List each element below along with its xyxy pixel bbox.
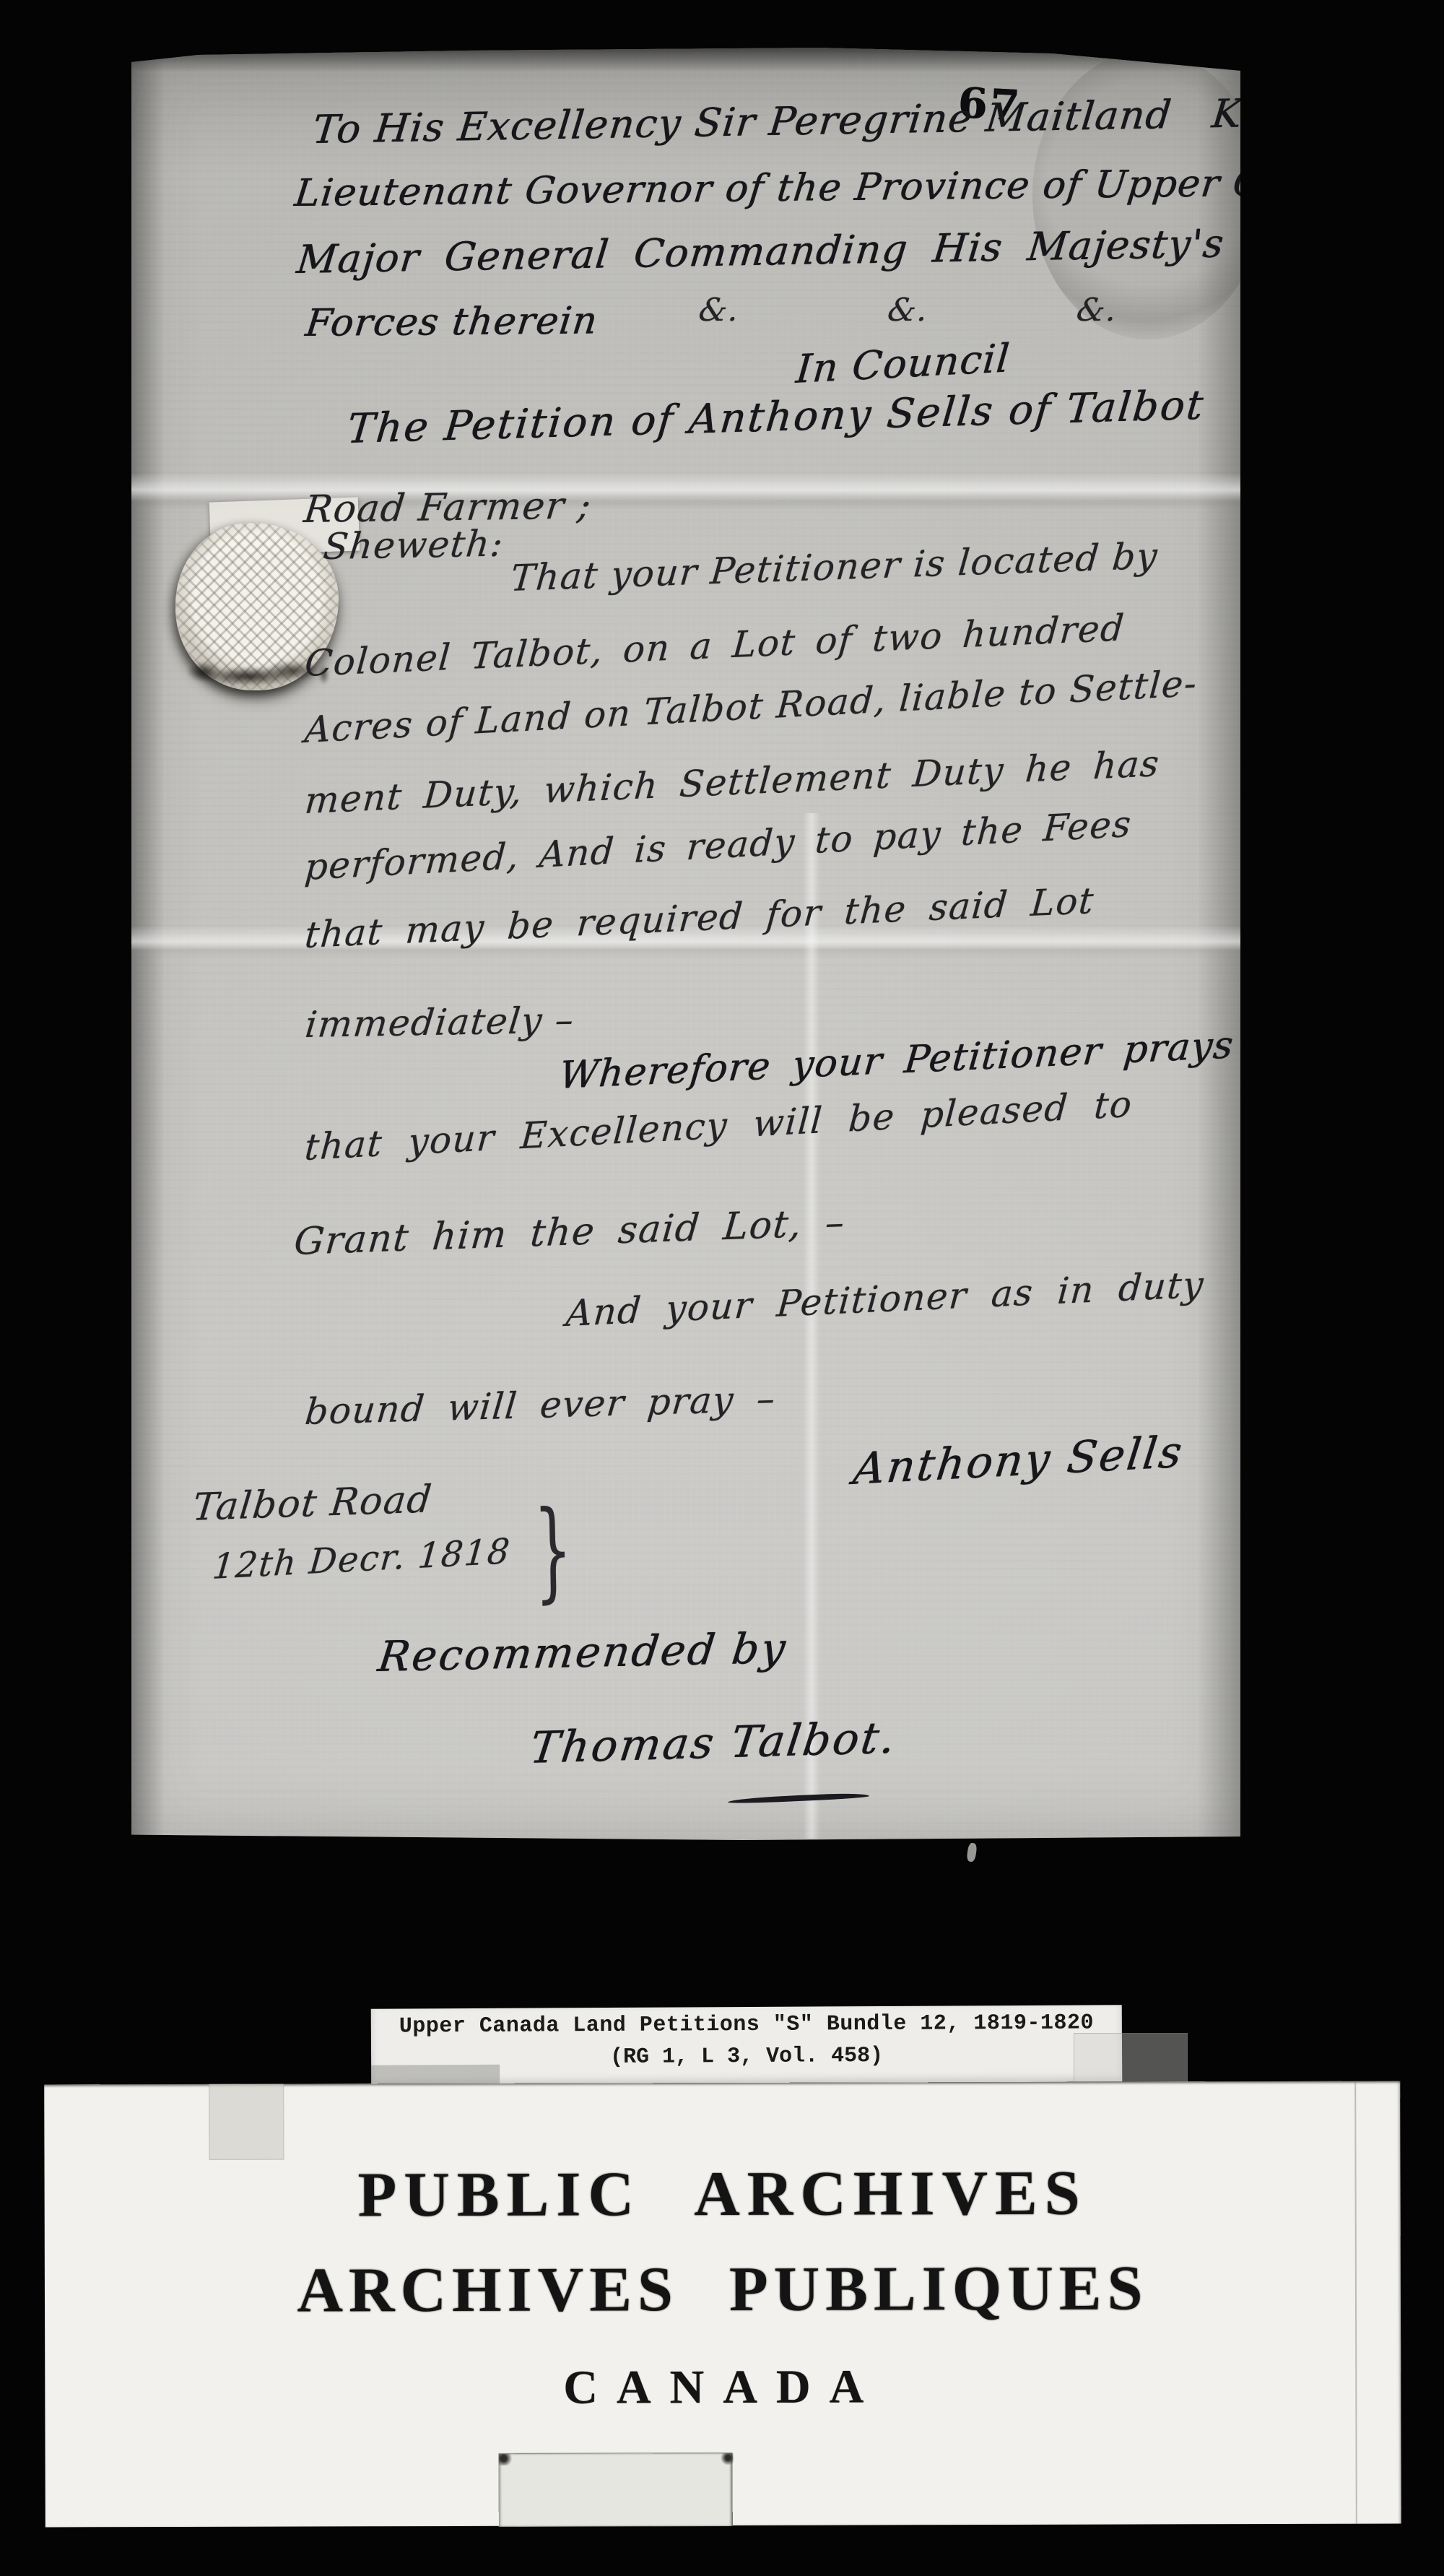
paper-fragment-mark: [966, 1842, 978, 1862]
card-title-english: PUBLIC ARCHIVES: [44, 2156, 1400, 2233]
manuscript-line-address-4: Forces therein: [303, 299, 600, 345]
petition-page: 67 To His Excellency Sir Peregrine Maitl…: [131, 48, 1240, 1840]
label-smudge: [371, 2065, 500, 2086]
manuscript-line: immediately –: [303, 999, 577, 1046]
manuscript-line: that your Excellency will be pleased to: [303, 1083, 1134, 1168]
recommender-signature: Thomas Talbot.: [527, 1713, 900, 1774]
archival-reference-label: Upper Canada Land Petitions "S" Bundle 1…: [371, 2005, 1123, 2085]
manuscript-recommended-by: Recommended by: [375, 1623, 790, 1681]
tape-mark-bottom: [499, 2453, 733, 2527]
signature-underline-flourish: [728, 1792, 869, 1805]
card-title-canada: CANADA: [45, 2359, 1401, 2417]
manuscript-line-sheweth: Sheweth:: [321, 523, 506, 568]
scanned-document-view: 67 To His Excellency Sir Peregrine Maitl…: [0, 0, 1444, 2576]
date-brace-flourish: }: [533, 1487, 574, 1615]
petitioner-signature: Anthony Sells: [851, 1427, 1186, 1495]
manuscript-date: 12th Decr. 1818: [211, 1531, 513, 1587]
manuscript-line: And your Petitioner as in duty: [565, 1264, 1206, 1335]
manuscript-line-in-council: In Council: [794, 335, 1012, 392]
manuscript-line: Grant him the said Lot, –: [292, 1201, 847, 1264]
archival-label-title: Upper Canada Land Petitions "S" Bundle 1…: [371, 2011, 1122, 2039]
manuscript-line-prayer: Wherefore your Petitioner prays: [557, 1023, 1236, 1098]
tape-mark-top: [209, 2084, 284, 2160]
fold-crease-vertical: [803, 813, 820, 1839]
manuscript-etc-marks: &. &. &.: [697, 292, 1120, 329]
public-archives-card: PUBLIC ARCHIVES ARCHIVES PUBLIQUES CANAD…: [44, 2081, 1401, 2528]
manuscript-line: bound will ever pray –: [303, 1378, 778, 1433]
manuscript-line: That your Petitioner is located by: [509, 534, 1160, 599]
card-title-french: ARCHIVES PUBLIQUES: [45, 2252, 1401, 2328]
manuscript-line-petition-title: The Petition of Anthony Sells of Talbot: [345, 382, 1206, 453]
manuscript-place: Talbot Road: [191, 1478, 435, 1530]
paper-edge-shade: [131, 48, 1240, 72]
